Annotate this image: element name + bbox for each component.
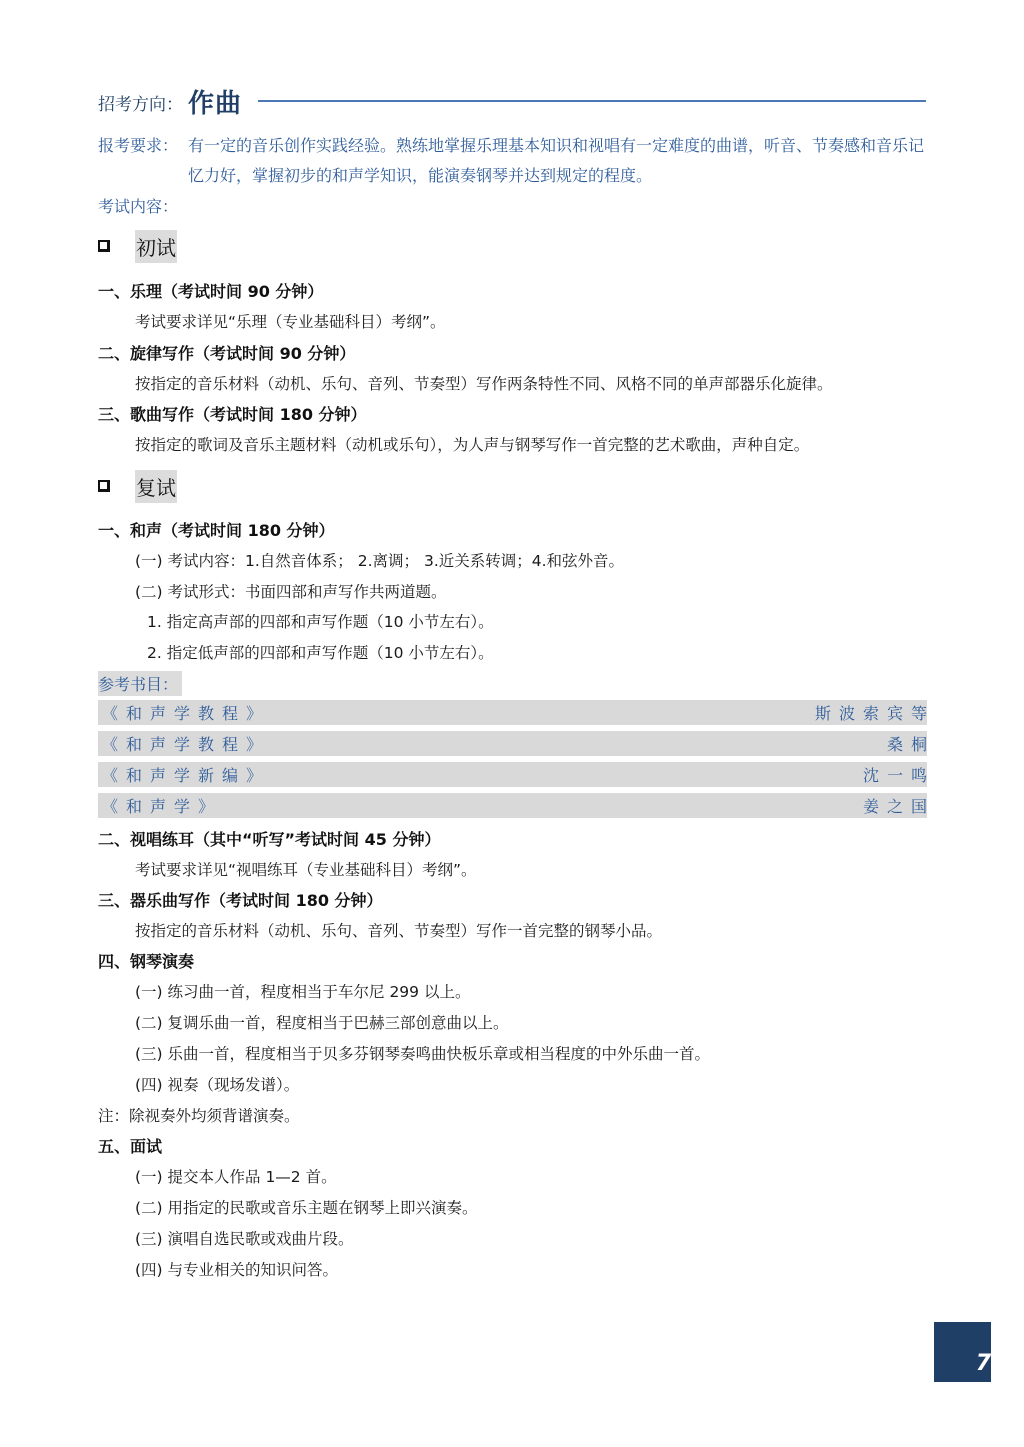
sub-item: (二) 用指定的民歌或音乐主题在钢琴上即兴演奏。 — [135, 1196, 478, 1218]
book-title: 《和声学教程》 — [98, 701, 270, 724]
book-author: 姜之国 — [863, 794, 935, 817]
requirements-label: 报考要求： — [98, 133, 178, 156]
section-title: 复试 — [135, 470, 177, 503]
sub-item: (一) 提交本人作品 1—2 首。 — [135, 1165, 337, 1187]
content-label: 考试内容： — [98, 194, 178, 217]
book-title: 《和声学教程》 — [98, 732, 270, 755]
sub-item: (四) 视奏（现场发谱）。 — [135, 1073, 299, 1095]
item-text: 按指定的音乐材料（动机、乐句、音列、节奏型）写作一首完整的钢琴小品。 — [135, 919, 662, 941]
sub-item: (四) 与专业相关的知识问答。 — [135, 1258, 338, 1280]
sub-item: (二) 复调乐曲一首，程度相当于巴赫三部创意曲以上。 — [135, 1011, 509, 1033]
item-heading: 二、视唱练耳（其中“听写”考试时间 45 分钟） — [98, 827, 440, 850]
sub-item: (一) 练习曲一首，程度相当于车尔尼 299 以上。 — [135, 980, 470, 1002]
reference-row: 《和声学教程》 桑桐 — [98, 731, 927, 756]
book-author: 桑桐 — [887, 732, 935, 755]
direction-label: 招考方向： — [98, 90, 183, 115]
book-author: 沈一鸣 — [863, 763, 935, 786]
page-number: 7 — [976, 1351, 991, 1376]
item-text: 按指定的音乐材料（动机、乐句、音列、节奏型）写作两条特性不同、风格不同的单声部器… — [135, 372, 833, 394]
reference-row: 《和声学新编》 沈一鸣 — [98, 762, 927, 787]
item-heading: 一、乐理（考试时间 90 分钟） — [98, 279, 323, 302]
header-divider — [258, 100, 926, 102]
section-preliminary: 初试 — [98, 230, 177, 262]
item-heading: 三、歌曲写作（考试时间 180 分钟） — [98, 402, 367, 425]
book-title: 《和声学新编》 — [98, 763, 270, 786]
item-text: 按指定的歌词及音乐主题材料（动机或乐句），为人声与钢琴写作一首完整的艺术歌曲，声… — [135, 433, 809, 455]
page-title: 作曲 — [188, 83, 242, 120]
sub-item: (三) 乐曲一首，程度相当于贝多芬钢琴奏鸣曲快板乐章或相当程度的中外乐曲一首。 — [135, 1042, 710, 1064]
item-heading: 一、和声（考试时间 180 分钟） — [98, 518, 335, 541]
requirements-text: 有一定的音乐创作实践经验。熟练地掌握乐理基本知识和视唱有一定难度的曲谱，听音、节… — [188, 131, 930, 191]
sub-item: 2. 指定低声部的四部和声写作题（10 小节左右）。 — [147, 641, 494, 663]
note-text: 注：除视奏外均须背谱演奏。 — [98, 1104, 300, 1126]
item-heading: 五、面试 — [98, 1134, 162, 1157]
section-retest: 复试 — [98, 470, 177, 502]
item-heading: 四、钢琴演奏 — [98, 949, 194, 972]
item-text: 考试要求详见“视唱练耳（专业基础科目）考纲”。 — [135, 858, 477, 880]
page-number-badge: 7 — [934, 1322, 991, 1382]
checkbox-icon — [98, 480, 110, 492]
item-text: (一) 考试内容：1.自然音体系； 2.离调； 3.近关系转调；4.和弦外音。 — [135, 549, 624, 571]
checkbox-icon — [98, 240, 110, 252]
reference-row: 《和声学教程》 斯波索宾等 — [98, 700, 927, 725]
item-heading: 三、器乐曲写作（考试时间 180 分钟） — [98, 888, 383, 911]
item-text: 考试要求详见“乐理（专业基础科目）考纲”。 — [135, 310, 446, 332]
section-title: 初试 — [135, 230, 177, 263]
references-label: 参考书目： — [98, 671, 182, 696]
item-text: (二) 考试形式：书面四部和声写作共两道题。 — [135, 580, 447, 602]
reference-row: 《和声学》 姜之国 — [98, 793, 927, 818]
book-title: 《和声学》 — [98, 794, 222, 817]
item-heading: 二、旋律写作（考试时间 90 分钟） — [98, 341, 355, 364]
sub-item: 1. 指定高声部的四部和声写作题（10 小节左右）。 — [147, 610, 494, 632]
sub-item: (三) 演唱自选民歌或戏曲片段。 — [135, 1227, 354, 1249]
book-author: 斯波索宾等 — [815, 701, 935, 724]
